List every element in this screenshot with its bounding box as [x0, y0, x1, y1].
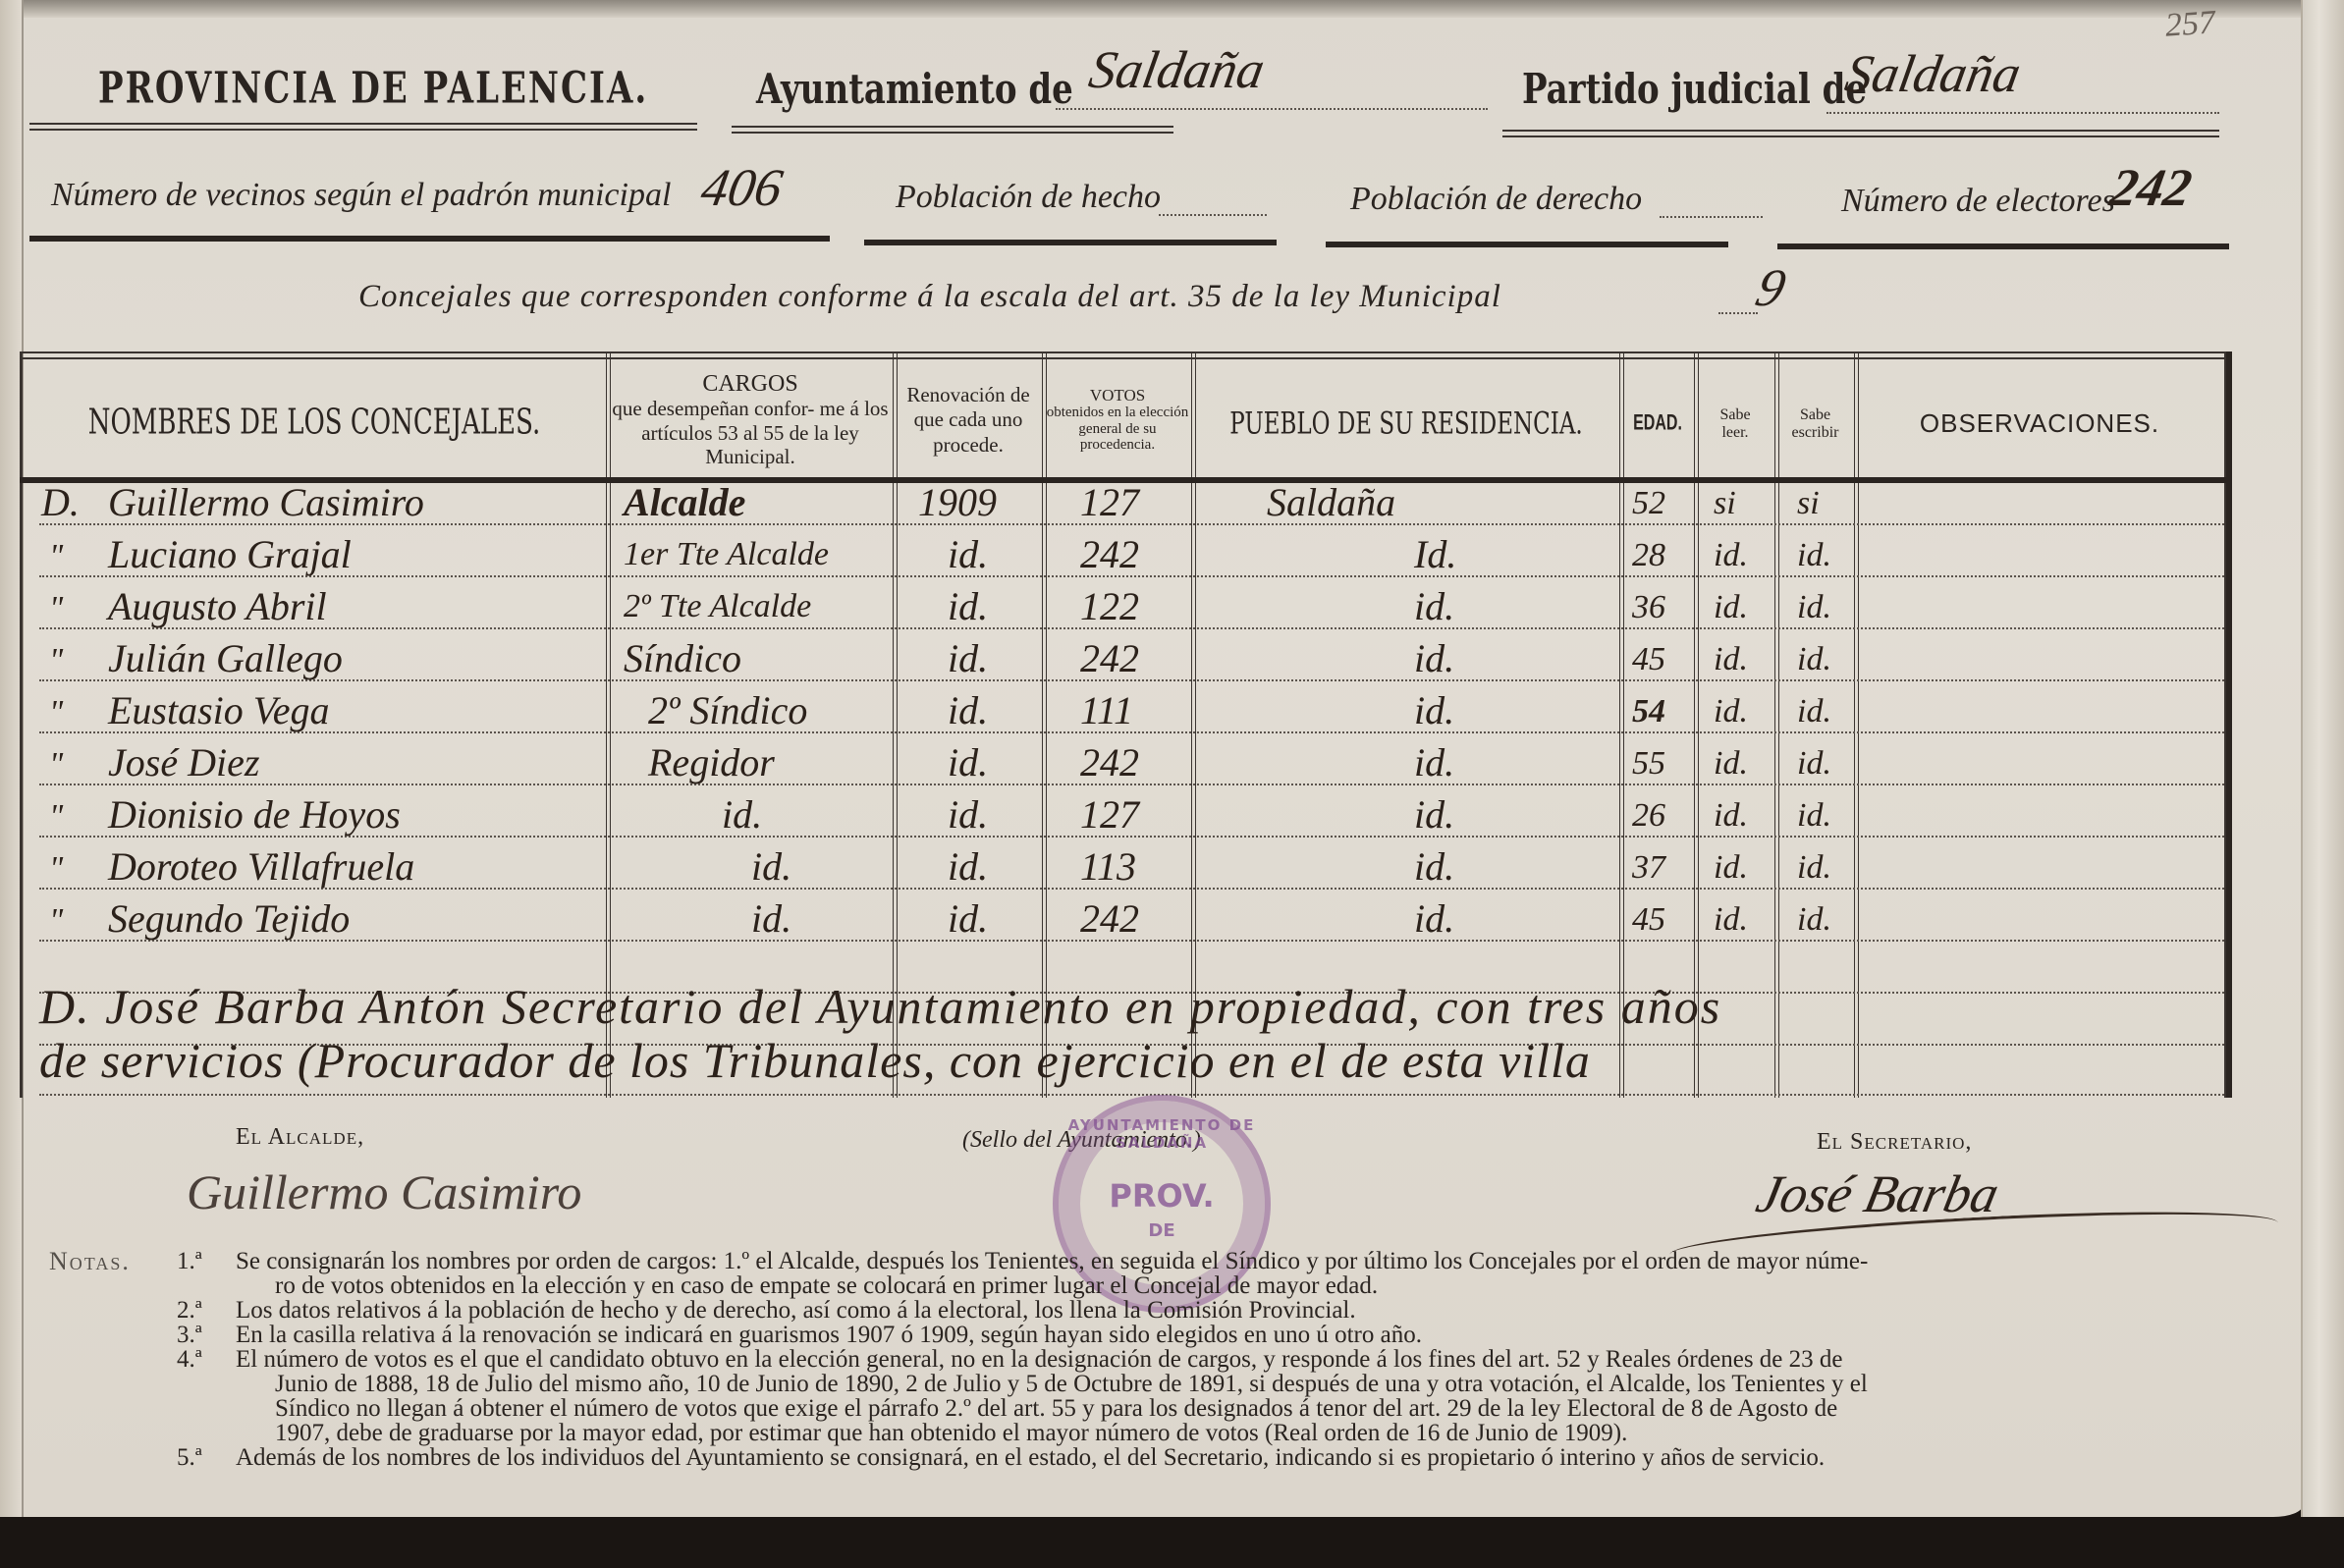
- note-5-num: 5.ª: [177, 1445, 202, 1470]
- row-4-leer: id.: [1714, 641, 1748, 678]
- note-3-text: En la casilla relativa á la renovación s…: [236, 1323, 1422, 1347]
- row-7-cargo: id.: [722, 791, 762, 838]
- vecinos-value: 406: [697, 157, 788, 218]
- row-3-renovacion: id.: [948, 583, 988, 629]
- partido-value: Saldaña: [1841, 43, 2026, 104]
- row-9-edad: 45: [1632, 901, 1665, 939]
- row-3-name: Augusto Abril: [108, 583, 327, 629]
- note-4-line-4: 1907, debe de graduarse por la mayor eda…: [49, 1421, 2259, 1445]
- page-right-edge: [2301, 0, 2344, 1517]
- row-7-escribir: id.: [1797, 797, 1831, 835]
- notes-label: Notas.: [49, 1249, 131, 1273]
- table-left-border: [20, 351, 23, 1098]
- row-6-escribir: id.: [1797, 745, 1831, 783]
- header-rule-1c: [1502, 130, 2219, 137]
- row-4-votos: 242: [1080, 635, 1139, 681]
- row-9-cargo: id.: [751, 895, 791, 942]
- row-2-prefix: ": [49, 538, 63, 575]
- table-right-border: [2224, 351, 2232, 1098]
- row-1-name: Guillermo Casimiro: [108, 479, 424, 525]
- row-6-pueblo: id.: [1414, 739, 1454, 785]
- row-3-edad: 36: [1632, 589, 1665, 626]
- note-1-text: Se consignarán los nombres por orden de …: [236, 1249, 1868, 1273]
- row-4-escribir: id.: [1797, 641, 1831, 678]
- row-8-renovacion: id.: [948, 843, 988, 890]
- note-1-text-cont: ro de votos obtenidos en la elección y e…: [275, 1273, 1378, 1298]
- header-votos-sub: obtenidos en la elección general de su p…: [1046, 405, 1189, 454]
- row-9-votos: 242: [1080, 895, 1139, 942]
- row-2-votos: 242: [1080, 531, 1139, 577]
- row-7-pueblo: id.: [1414, 791, 1454, 838]
- header-sabe-leer-text: Sabe leer.: [1711, 406, 1760, 441]
- row-2-pueblo: Id.: [1414, 531, 1456, 577]
- row-3-leer: id.: [1714, 589, 1748, 626]
- row-5-escribir: id.: [1797, 693, 1831, 730]
- row-7-leer: id.: [1714, 797, 1748, 835]
- row-line: [39, 1094, 2224, 1096]
- row-5-pueblo: id.: [1414, 687, 1454, 733]
- header-pueblo-text: PUEBLO DE SU RESIDENCIA.: [1229, 408, 1583, 441]
- row-5-leer: id.: [1714, 693, 1748, 730]
- note-4-text-cont-3: 1907, debe de graduarse por la mayor eda…: [275, 1421, 1627, 1445]
- row-5-name: Eustasio Vega: [108, 687, 330, 733]
- header-sabe-escribir: Sabe escribir: [1778, 371, 1852, 477]
- note-2-num: 2.ª: [177, 1298, 202, 1323]
- page-number: 257: [2164, 4, 2217, 44]
- row-5-renovacion: id.: [948, 687, 988, 733]
- row-5-cargo: 2º Síndico: [648, 687, 807, 733]
- row-1-escribir: si: [1797, 485, 1820, 522]
- poblacion-hecho-field: [1159, 214, 1267, 216]
- stamp-center-text: PROV.: [1059, 1177, 1265, 1215]
- row-1-leer: si: [1714, 485, 1736, 522]
- header-cargos: CARGOS que desempeñan confor- me á los a…: [610, 361, 891, 479]
- header-observaciones: OBSERVACIONES.: [1858, 371, 2221, 477]
- note-5-text: Además de los nombres de los individuos …: [236, 1445, 1825, 1470]
- table-top-rule: [20, 351, 2232, 359]
- row-6-name: José Diez: [108, 739, 259, 785]
- row-1-votos: 127: [1080, 479, 1139, 525]
- row-9-prefix: ": [49, 902, 63, 940]
- row-6-renovacion: id.: [948, 739, 988, 785]
- header-votos-title: VOTOS: [1090, 387, 1145, 405]
- note-3-num: 3.ª: [177, 1323, 202, 1347]
- row-6-edad: 55: [1632, 745, 1665, 783]
- header-observaciones-text: OBSERVACIONES.: [1920, 410, 2159, 437]
- row-5-edad: 54: [1632, 693, 1665, 730]
- row-3-cargo: 2º Tte Alcalde: [624, 588, 811, 625]
- header-votos: VOTOS obtenidos en la elección general d…: [1046, 361, 1189, 479]
- row-4-edad: 45: [1632, 641, 1665, 678]
- row-9-name: Segundo Tejido: [108, 895, 350, 942]
- row-7-edad: 26: [1632, 797, 1665, 835]
- page-top-edge: [0, 0, 2344, 18]
- row-1-edad: 52: [1632, 485, 1665, 522]
- header-rule-2a: [29, 236, 830, 242]
- alcalde-signature: Guillermo Casimiro: [187, 1163, 581, 1220]
- row-9-escribir: id.: [1797, 901, 1831, 939]
- header-sabe-leer: Sabe leer.: [1698, 371, 1772, 477]
- row-3-votos: 122: [1080, 583, 1139, 629]
- note-4-line-2: Junio de 1888, 18 de Julio del mismo año…: [49, 1372, 2259, 1396]
- poblacion-derecho-field: [1660, 216, 1763, 218]
- note-2-text: Los datos relativos á la población de he…: [236, 1298, 1356, 1323]
- stamp-de-text: DE: [1059, 1220, 1265, 1241]
- header-rule-1a: [29, 123, 697, 131]
- note-2: 2.ª Los datos relativos á la población d…: [49, 1298, 2259, 1323]
- secretario-label: El Secretario,: [1817, 1129, 1972, 1156]
- notes-section: Notas. 1.ª Se consignarán los nombres po…: [49, 1249, 2259, 1470]
- row-9-pueblo: id.: [1414, 895, 1454, 942]
- note-1-num: 1.ª: [177, 1249, 202, 1273]
- row-9-leer: id.: [1714, 901, 1748, 939]
- header-rule-1b: [732, 126, 1173, 134]
- header-rule-2d: [1777, 243, 2229, 249]
- note-4-text-cont-1: Junio de 1888, 18 de Julio del mismo año…: [275, 1372, 1868, 1396]
- row-8-edad: 37: [1632, 849, 1665, 887]
- row-6-votos: 242: [1080, 739, 1139, 785]
- row-4-prefix: ": [49, 642, 63, 679]
- ayuntamiento-value: Saldaña: [1085, 39, 1270, 100]
- header-cargos-title: CARGOS: [702, 372, 797, 397]
- header-edad: EDAD.: [1623, 371, 1692, 477]
- row-2-cargo: 1er Tte Alcalde: [624, 536, 829, 573]
- note-4-line-3: Síndico no llegan á obtener el número de…: [49, 1396, 2259, 1421]
- note-5: 5.ª Además de los nombres de los individ…: [49, 1445, 2259, 1470]
- row-4-pueblo: id.: [1414, 635, 1454, 681]
- ayuntamiento-dots: [1056, 108, 1488, 110]
- partido-label: Partido judicial de: [1522, 65, 1867, 114]
- row-8-prefix: ": [49, 850, 63, 888]
- provincia-title: PROVINCIA DE PALENCIA.: [98, 63, 648, 114]
- row-3-escribir: id.: [1797, 589, 1831, 626]
- row-4-renovacion: id.: [948, 635, 988, 681]
- row-2-name: Luciano Grajal: [108, 531, 352, 577]
- row-6-leer: id.: [1714, 745, 1748, 783]
- row-8-escribir: id.: [1797, 849, 1831, 887]
- row-2-escribir: id.: [1797, 537, 1831, 574]
- row-2-renovacion: id.: [948, 531, 988, 577]
- row-4-cargo: Síndico: [624, 635, 741, 681]
- note-4-line-1: 4.ª El número de votos es el que el cand…: [49, 1347, 2259, 1372]
- header-pueblo: PUEBLO DE SU RESIDENCIA.: [1195, 371, 1617, 477]
- row-5-prefix: ": [49, 694, 63, 731]
- poblacion-hecho-label: Población de hecho: [896, 179, 1161, 216]
- row-7-renovacion: id.: [948, 791, 988, 838]
- electores-label: Número de electores: [1841, 183, 2115, 220]
- row-7-name: Dionisio de Hoyos: [108, 791, 401, 838]
- row-3-pueblo: id.: [1414, 583, 1454, 629]
- row-8-leer: id.: [1714, 849, 1748, 887]
- row-7-prefix: ": [49, 798, 63, 836]
- header-sabe-escribir-text: Sabe escribir: [1786, 406, 1845, 441]
- note-1-line-1: Notas. 1.ª Se consignarán los nombres po…: [49, 1249, 2259, 1273]
- row-1-cargo: Alcalde: [624, 479, 745, 525]
- secretario-signature: José Barba: [1751, 1163, 2004, 1224]
- poblacion-derecho-label: Población de derecho: [1350, 181, 1642, 218]
- note-1-line-2: ro de votos obtenidos en la elección y e…: [49, 1273, 2259, 1298]
- row-6-cargo: Regidor: [648, 739, 775, 785]
- row-3-prefix: ": [49, 590, 63, 627]
- row-9-renovacion: id.: [948, 895, 988, 942]
- concejales-table: NOMBRES DE LOS CONCEJALES. CARGOS que de…: [20, 351, 2232, 1098]
- ayuntamiento-label: Ayuntamiento de: [756, 65, 1073, 114]
- row-5-votos: 111: [1080, 687, 1133, 733]
- note-3: 3.ª En la casilla relativa á la renovaci…: [49, 1323, 2259, 1347]
- electores-value: 242: [2106, 157, 2197, 218]
- secretario-line-2: de servicios (Procurador de los Tribunal…: [39, 1032, 1591, 1089]
- row-6-prefix: ": [49, 746, 63, 784]
- row-2-edad: 28: [1632, 537, 1665, 574]
- vecinos-label: Número de vecinos según el padrón munici…: [51, 177, 671, 214]
- note-4-num: 4.ª: [177, 1347, 202, 1372]
- alcalde-label: El Alcalde,: [236, 1124, 364, 1151]
- header-rule-2b: [864, 240, 1277, 245]
- row-7-votos: 127: [1080, 791, 1139, 838]
- header-nombres-text: NOMBRES DE LOS CONCEJALES.: [88, 406, 541, 443]
- stamp-ring-text: AYUNTAMIENTO DE SALDAÑA: [1059, 1116, 1265, 1152]
- header-rule-2c: [1326, 242, 1728, 247]
- partido-dots: [1826, 112, 2219, 114]
- header-edad-text: EDAD.: [1633, 412, 1682, 436]
- header-renovacion-text: Renovación de que cada uno procede.: [897, 383, 1040, 458]
- concejales-label: Concejales que corresponden conforme á l…: [358, 279, 1501, 315]
- row-8-name: Doroteo Villafruela: [108, 843, 414, 890]
- note-4-text-cont-2: Síndico no llegan á obtener el número de…: [275, 1396, 1837, 1421]
- row-8-pueblo: id.: [1414, 843, 1454, 890]
- row-1-prefix: D.: [41, 479, 80, 525]
- header-nombres: NOMBRES DE LOS CONCEJALES.: [39, 371, 589, 477]
- row-2-leer: id.: [1714, 537, 1748, 574]
- row-8-votos: 113: [1080, 843, 1136, 890]
- note-4-text: El número de votos es el que el candidat…: [236, 1347, 1843, 1372]
- row-1-pueblo: Saldaña: [1267, 479, 1395, 525]
- header-renovacion: Renovación de que cada uno procede.: [897, 361, 1040, 479]
- row-8-cargo: id.: [751, 843, 791, 890]
- row-1-renovacion: 1909: [918, 479, 997, 525]
- header-cargos-sub: que desempeñan confor- me á los artículo…: [610, 397, 891, 467]
- row-4-name: Julián Gallego: [108, 635, 343, 681]
- secretario-line-1: D. José Barba Antón Secretario del Ayunt…: [39, 978, 1721, 1035]
